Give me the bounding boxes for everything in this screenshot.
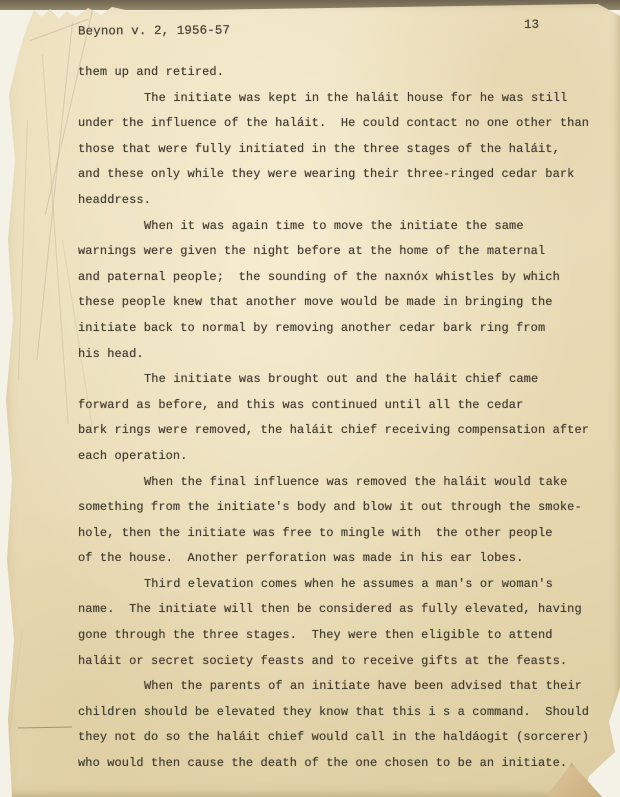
text-line: these people knew that another move woul… — [78, 290, 606, 316]
text-line: under the influence of the haláit. He co… — [78, 111, 606, 137]
text-line: and paternal people; the sounding of the… — [78, 265, 606, 291]
page-number: 13 — [524, 18, 539, 32]
text-line: hole, then the initiate was free to ming… — [78, 521, 606, 547]
paper-sheet: Beynon v. 2, 1956-57 13 them up and reti… — [0, 0, 620, 797]
text-line: When the parents of an initiate have bee… — [78, 674, 606, 700]
paper-crease — [18, 120, 29, 380]
text-line: of the house. Another perforation was ma… — [78, 546, 606, 572]
text-line: who would then cause the death of the on… — [78, 751, 606, 777]
text-line: The initiate was kept in the haláit hous… — [78, 86, 606, 112]
text-line: those that were fully initiated in the t… — [78, 137, 606, 163]
text-line: them up and retired. — [78, 60, 606, 86]
text-line: headdress. — [78, 188, 606, 214]
text-line: warnings were given the night before at … — [78, 239, 606, 265]
text-line: Third elevation comes when he assumes a … — [78, 572, 606, 598]
text-line: bark rings were removed, the haláit chie… — [78, 418, 606, 444]
text-line: they not do so the haláit chief would ca… — [78, 725, 606, 751]
pencil-mark — [18, 727, 72, 729]
text-line: gone through the three stages. They were… — [78, 623, 606, 649]
text-line: and these only while they were wearing t… — [78, 162, 606, 188]
text-line: each operation. — [78, 444, 606, 470]
text-line: When it was again time to move the initi… — [78, 214, 606, 240]
typewritten-text: them up and retired.The initiate was kep… — [78, 60, 606, 777]
paper-crease — [36, 22, 74, 360]
text-line: his head. — [78, 342, 606, 368]
text-line: name. The initiate will then be consider… — [78, 597, 606, 623]
text-line: haláit or secret society feasts and to r… — [78, 649, 606, 675]
text-line: children should be elevated they know th… — [78, 700, 606, 726]
text-line: When the final influence was removed the… — [78, 470, 606, 496]
text-line: forward as before, and this was continue… — [78, 393, 606, 419]
paper-crease — [2, 630, 24, 794]
paper-crease — [42, 55, 70, 424]
text-line: The initiate was brought out and the hal… — [78, 367, 606, 393]
header-citation: Beynon v. 2, 1956-57 — [78, 23, 230, 38]
text-line: something from the initiate's body and b… — [78, 495, 606, 521]
text-line: initiate back to normal by removing anot… — [78, 316, 606, 342]
scanned-page-scene: Beynon v. 2, 1956-57 13 them up and reti… — [0, 0, 620, 797]
